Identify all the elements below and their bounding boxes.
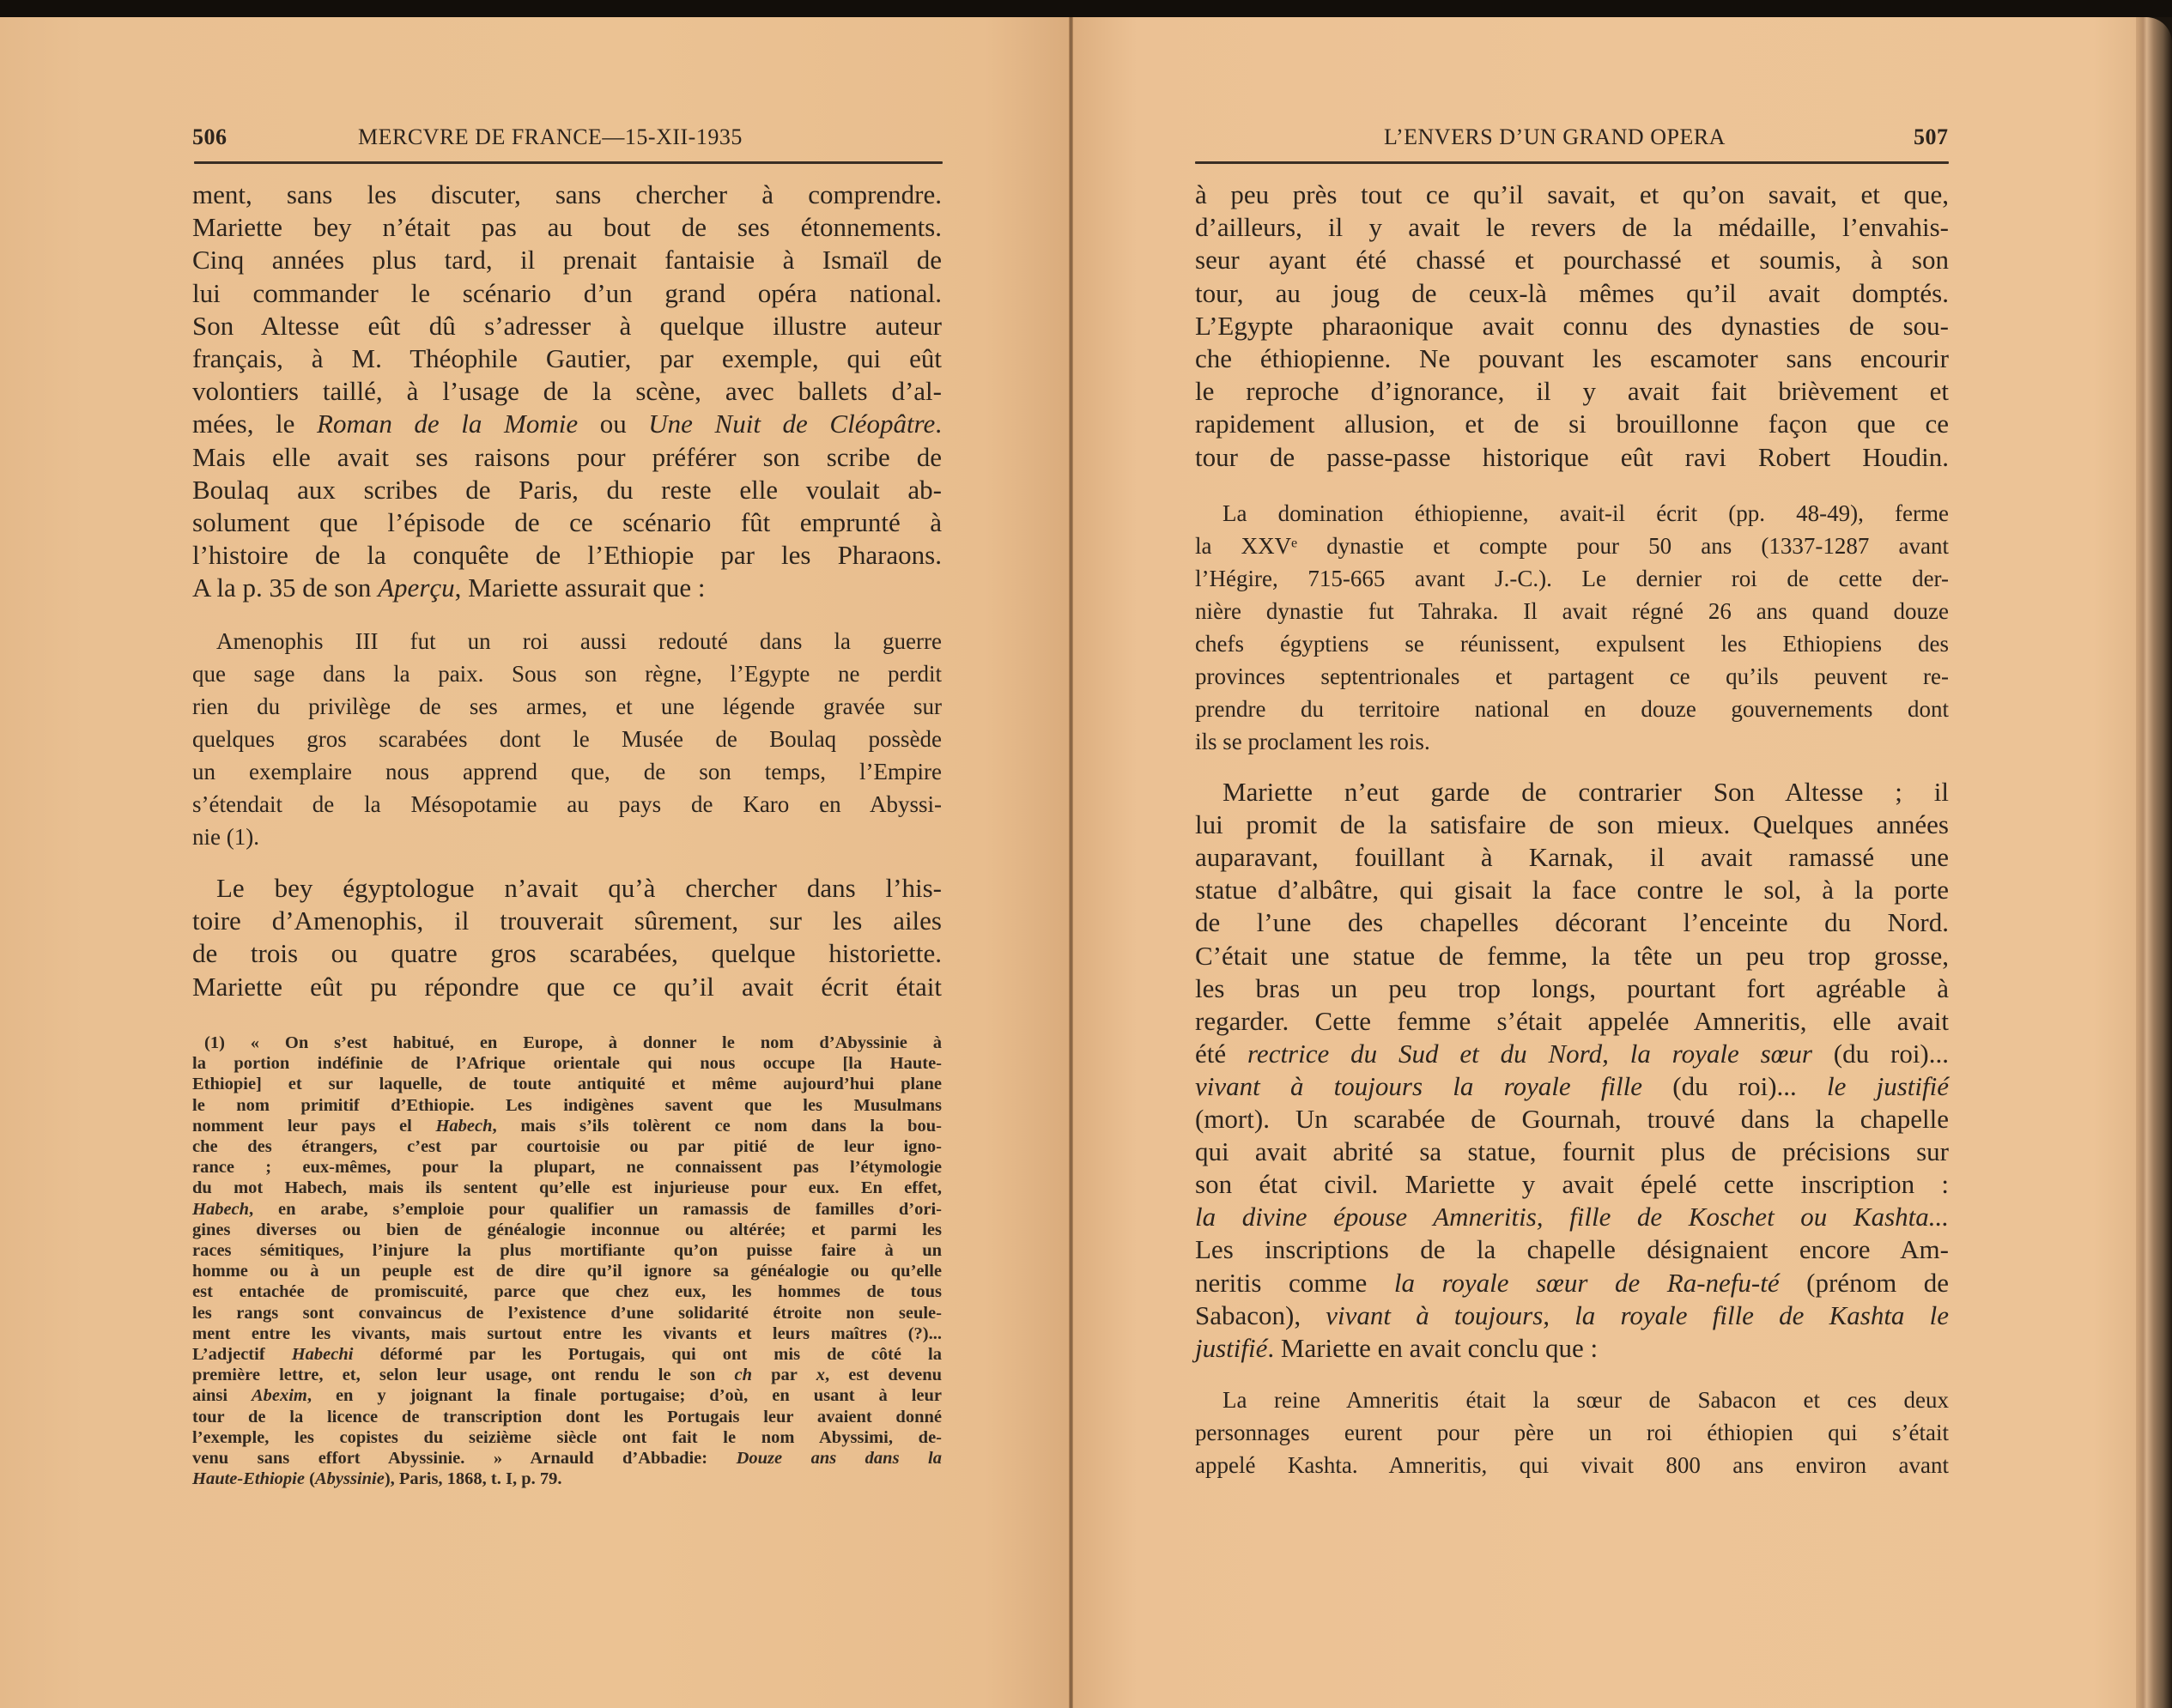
- text-line: seur ayant été chassé et pourchassé et s…: [1195, 246, 1949, 273]
- quote-line: ils se proclament les rois.: [1195, 730, 1949, 754]
- footnote-line: l’exemple, les copistes du seizième sièc…: [192, 1429, 942, 1447]
- quote-line: Amenophis III fut un roi aussi redouté d…: [216, 630, 942, 653]
- text-line: ment, sans les discuter, sans chercher à…: [192, 181, 942, 208]
- footnote-line: les rangs sont convaincus de l’existence…: [192, 1305, 942, 1323]
- quote-line: s’étendait de la Mésopotamie au pays de …: [192, 793, 942, 816]
- text-line: (mort). Un scarabée de Gournah, trouvé d…: [1195, 1105, 1949, 1132]
- text-line: qui avait abrité sa statue, fournit plus…: [1195, 1138, 1949, 1165]
- text-line: Mariette eût pu répondre que ce qu’il av…: [192, 973, 942, 1000]
- text-line: la divine épouse Amneritis, fille de Kos…: [1195, 1203, 1949, 1230]
- quote-line: quelques gros scarabées dont le Musée de…: [192, 728, 942, 751]
- text-line: regarder. Cette femme s’était appelée Am…: [1195, 1008, 1949, 1034]
- text-line: tour de passe-passe historique eût ravi …: [1195, 444, 1949, 470]
- quote-line: un exemplaire nous apprend que, de son t…: [192, 760, 942, 784]
- text-line: à peu près tout ce qu’il savait, et qu’o…: [1195, 181, 1949, 208]
- footnote-line: du mot Habech, mais ils sentent qu’elle …: [192, 1179, 942, 1197]
- text-line: l’histoire de la conquête de l’Ethiopie …: [192, 542, 942, 568]
- footnote-line: venu sans effort Abyssinie. » Arnauld d’…: [192, 1450, 942, 1468]
- quote-line: La reine Amneritis était la sœur de Saba…: [1223, 1389, 1949, 1412]
- footnote-line: la portion indéfinie de l’Afrique orient…: [192, 1055, 942, 1073]
- text-line: Boulaq aux scribes de Paris, du reste el…: [192, 476, 942, 503]
- footnote-line: Habech, en arabe, s’emploie pour qualifi…: [192, 1201, 942, 1219]
- quote-line: appelé Kashta. Amneritis, qui vivait 800…: [1195, 1454, 1949, 1477]
- running-head-right: L’ENVERS D’UN GRAND OPERA: [1384, 126, 1726, 148]
- text-line: Cinq années plus tard, il prenait fantai…: [192, 246, 942, 273]
- footnote-line: tour de la licence de transcription dont…: [192, 1408, 942, 1426]
- text-line: Le bey égyptologue n’avait qu’à chercher…: [216, 875, 942, 901]
- page-number-left: 506: [192, 126, 228, 148]
- text-line: lui promit de la satisfaire de son mieux…: [1195, 811, 1949, 838]
- text-line: mées, le Roman de la Momie ou Une Nuit d…: [192, 410, 942, 437]
- footnote-line: races sémitiques, l’injure la plus morti…: [192, 1242, 942, 1260]
- text-line: Son Altesse eût dû s’adresser à quelque …: [192, 312, 942, 339]
- text-line: été rectrice du Sud et du Nord, la royal…: [1195, 1040, 1949, 1067]
- footnote-line: première lettre, et, selon leur usage, o…: [192, 1366, 942, 1384]
- text-line: volontiers taillé, à l’usage de la scène…: [192, 378, 942, 404]
- quote-line: provinces septentrionales et partagent c…: [1195, 665, 1949, 688]
- text-line: justifié. Mariette en avait conclu que :: [1195, 1335, 1949, 1361]
- quote-line: nière dynastie fut Tahraka. Il avait rég…: [1195, 600, 1949, 623]
- footnote-line: le nom primitif d’Ethiopie. Les indigène…: [192, 1097, 942, 1115]
- footnote-line: che des étrangers, c’est par courtoisie …: [192, 1138, 942, 1156]
- quote-line: la XXVᵉ dynastie et compte pour 50 ans (…: [1195, 535, 1949, 558]
- text-line: tour, au joug de ceux-là mêmes qu’il ava…: [1195, 280, 1949, 306]
- quote-line: La domination éthiopienne, avait-il écri…: [1223, 502, 1949, 525]
- page-number-right: 507: [1914, 126, 1949, 148]
- text-line: auparavant, fouillant à Karnak, il avait…: [1195, 844, 1949, 870]
- quote-line: nie (1).: [192, 826, 942, 849]
- scan-top-border: [0, 0, 2172, 17]
- text-line: vivant à toujours la royale fille (du ro…: [1195, 1073, 1949, 1099]
- footnote-line: ainsi Abexim, en y joignant la finale po…: [192, 1387, 942, 1405]
- text-line: lui commander le scénario d’un grand opé…: [192, 280, 942, 306]
- running-head-left: MERCVRE DE FRANCE—15-XII-1935: [358, 126, 743, 148]
- text-line: d’ailleurs, il y avait le revers de la m…: [1195, 214, 1949, 240]
- header-rule-right: [1195, 161, 1949, 164]
- text-line: rapidement allusion, et de si brouillonn…: [1195, 410, 1949, 437]
- text-line: Sabacon), vivant à toujours, la royale f…: [1195, 1302, 1949, 1329]
- text-line: solument que l’épisode de ce scénario fû…: [192, 509, 942, 536]
- footnote-line: Haute-Ethiopie (Abyssinie), Paris, 1868,…: [192, 1470, 942, 1488]
- text-line: le reproche d’ignorance, il y avait fait…: [1195, 378, 1949, 404]
- footnote-line: rance ; eux-mêmes, pour la plupart, ne c…: [192, 1159, 942, 1177]
- text-line: Les inscriptions de la chapelle désignai…: [1195, 1236, 1949, 1263]
- text-line: son état civil. Mariette y avait épelé c…: [1195, 1171, 1949, 1197]
- quote-line: prendre du territoire national en douze …: [1195, 698, 1949, 721]
- text-line: neritis comme la royale sœur de Ra-nefu-…: [1195, 1269, 1949, 1296]
- text-line: les bras un peu trop longs, pourtant for…: [1195, 975, 1949, 1002]
- text-line: Mariette n’eut garde de contrarier Son A…: [1223, 778, 1949, 805]
- quote-line: chefs égyptiens se réunissent, expulsent…: [1195, 633, 1949, 656]
- footnote-line: L’adjectif Habechi déformé par les Portu…: [192, 1346, 942, 1364]
- footnote-line: homme ou à un peuple est de dire qu’il i…: [192, 1263, 942, 1281]
- text-line: de trois ou quatre gros scarabées, quelq…: [192, 940, 942, 966]
- footnote-line: gines diverses ou bien de généalogie inc…: [192, 1221, 942, 1239]
- text-line: français, à M. Théophile Gautier, par ex…: [192, 345, 942, 372]
- footnote-line: (1) « On s’est habitué, en Europe, à don…: [204, 1034, 942, 1052]
- text-line: C’était une statue de femme, la tête un …: [1195, 942, 1949, 969]
- footnote-line: est entachée de promiscuité, parce que c…: [192, 1283, 942, 1301]
- text-line: statue d’albâtre, qui gisait la face con…: [1195, 876, 1949, 903]
- text-line: toire d’Amenophis, il trouverait sûremen…: [192, 907, 942, 934]
- quote-line: personnages eurent pour père un roi éthi…: [1195, 1421, 1949, 1445]
- text-line: che éthiopienne. Ne pouvant les escamote…: [1195, 345, 1949, 372]
- text-line: Mais elle avait ses raisons pour préfére…: [192, 444, 942, 470]
- text-line: Mariette bey n’était pas au bout de ses …: [192, 214, 942, 240]
- footnote-line: Ethiopie] et sur laquelle, de toute anti…: [192, 1075, 942, 1093]
- quote-line: rien du privilège de ses armes, et une l…: [192, 695, 942, 718]
- footnote-line: ment entre les vivants, mais surtout ent…: [192, 1325, 942, 1343]
- footnote-line: nomment leur pays el Habech, mais s’ils …: [192, 1117, 942, 1136]
- quote-line: l’Hégire, 715-665 avant J.-C.). Le derni…: [1195, 567, 1949, 591]
- page-stack-edge: [2136, 17, 2172, 1708]
- text-line: A la p. 35 de son Aperçu, Mariette assur…: [192, 574, 942, 601]
- text-line: L’Egypte pharaonique avait connu des dyn…: [1195, 312, 1949, 339]
- header-rule-left: [194, 161, 943, 164]
- quote-line: que sage dans la paix. Sous son règne, l…: [192, 663, 942, 686]
- text-line: de l’une des chapelles décorant l’encein…: [1195, 909, 1949, 936]
